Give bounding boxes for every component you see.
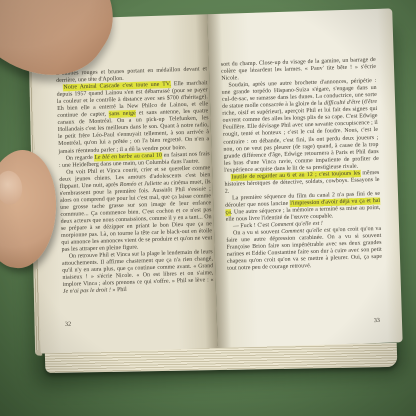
body-text: être [368, 99, 377, 105]
body-text: — Fuck ! C'est [233, 222, 271, 229]
paragraph: On a vu si souvent Comment qu'elle est q… [226, 226, 382, 273]
highlighted-text: Le blé en herbe [94, 153, 132, 160]
body-text: au cinéma muet, ils s'embrassent pour la… [60, 179, 213, 253]
paragraph: On retrouve Phil et Vinca sur la plage l… [62, 249, 214, 296]
left-page-number: 32 [65, 321, 71, 328]
body-text: On retrouve Phil et Vinca sur la plage l… [62, 249, 214, 288]
body-text: (d' [360, 99, 368, 105]
body-text: Je n'ai pas le droit ! [63, 288, 111, 296]
paragraph: Soudain, après une autre brochette d'ann… [221, 78, 379, 174]
left-page-text: à bandes rouges et brunes portant en méd… [56, 66, 214, 296]
body-text: Roméo et Juliette [120, 180, 162, 187]
highlighted-text: sans neige [109, 111, 136, 118]
photo-scene: à bandes rouges et brunes portant en méd… [0, 0, 416, 416]
right-page: sort du champ. Close-up du visage de la … [207, 8, 402, 348]
body-text: On regarde [66, 154, 95, 161]
thumbnail [0, 169, 24, 206]
paragraph: Notre Amiral Cascade c'est toute une TV.… [56, 80, 209, 155]
body-text: riche, oisif et supérieur), aperçoit Phi… [222, 106, 379, 173]
paragraph: On voit Phil et Vinca courir, crier et s… [59, 165, 213, 254]
right-page-number: 33 [374, 317, 380, 324]
body-text: » Phil [111, 287, 127, 293]
right-page-text: sort du champ. Close-up du visage de la … [221, 57, 383, 273]
highlighted-text: au canal 10 [132, 152, 162, 159]
